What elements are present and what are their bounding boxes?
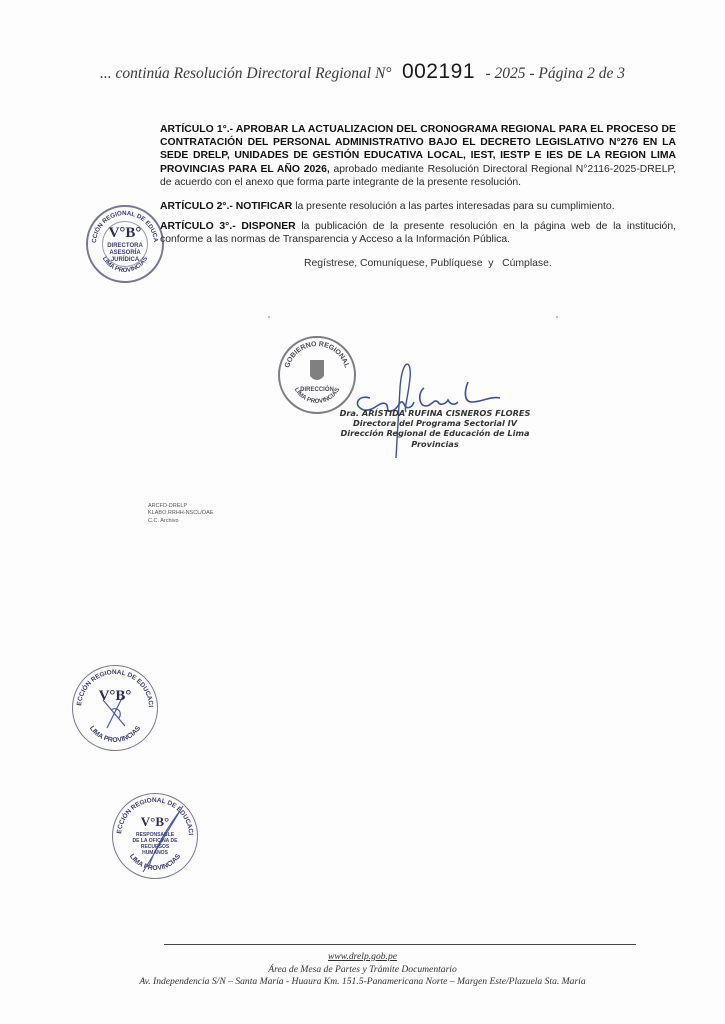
document-page: ... continúa Resolución Directoral Regio…: [0, 0, 725, 1024]
resolution-number: 002191: [402, 60, 475, 83]
footer-address: Av. Independencia S/N – Santa María - Hu…: [0, 976, 725, 989]
scan-dot: [556, 316, 558, 318]
page-footer: www.drelp.gob.pe Área de Mesa de Partes …: [0, 951, 725, 989]
article-3: ARTÍCULO 3°.- DISPONER la publicación de…: [160, 220, 676, 246]
signatory-office: Dirección Regional de Educación de Lima …: [330, 428, 540, 448]
header-page-info: - 2025 - Página 2 de 3: [485, 65, 624, 82]
reference-initials: ARCFD-DRELP KLABO.RRHH-NSCL/OAE C.C. Arc…: [148, 503, 213, 525]
article-3-bold: DISPONER: [236, 221, 296, 232]
article-1-label: ARTÍCULO 1°.-: [160, 124, 233, 135]
signatory-name: Dra. ARÍSTIDA RUFINA CISNEROS FLORES: [330, 408, 540, 418]
article-2-bold: NOTIFICAR: [233, 201, 292, 212]
vobo-stamp-legal: DIRECCIÓN REGIONAL DE EDUCACIÓN LIMA PRO…: [86, 205, 164, 283]
vobo-mark: V°B°: [73, 688, 157, 705]
header-prefix: ... continúa Resolución Directoral Regio…: [100, 65, 391, 82]
vobo-mark: V°B°: [113, 814, 197, 830]
svg-text:LIMA PROVINCIAS: LIMA PROVINCIAS: [88, 725, 143, 744]
stamp-role: DIRECTORAASESORÍAJURÍDICA: [88, 243, 162, 264]
stamp-ring-text: DIRECCIÓN REGIONAL DE EDUCACIÓN LIMA PRO…: [73, 666, 157, 750]
article-2: ARTÍCULO 2°.- NOTIFICAR la presente reso…: [160, 200, 676, 213]
signatory-title: Directora del Programa Sectorial IV: [330, 418, 540, 428]
article-3-label: ARTÍCULO 3°.-: [160, 221, 236, 232]
vobo-stamp-hr: DIRECCIÓN REGIONAL DE EDUCACIÓN LIMA PRO…: [112, 793, 198, 879]
footer-area: Área de Mesa de Partes y Trámite Documen…: [0, 964, 725, 977]
article-2-text: la presente resolución a las partes inte…: [292, 201, 614, 212]
signature-block: Dra. ARÍSTIDA RUFINA CISNEROS FLORES Dir…: [330, 408, 540, 449]
closing-formula: Regístrese, Comuníquese, Publíquese y Cú…: [304, 258, 552, 269]
article-1: ARTÍCULO 1°.- APROBAR LA ACTUALIZACION D…: [160, 123, 676, 189]
footer-website-link[interactable]: www.drelp.gob.pe: [0, 951, 725, 964]
stamp-role: RESPONSABLEDE LA OFICINA DERECURSOSHUMAN…: [113, 832, 197, 856]
page-header: ... continúa Resolución Directoral Regio…: [0, 60, 725, 84]
scan-dot: [268, 316, 270, 318]
article-2-label: ARTÍCULO 2°.-: [160, 201, 233, 212]
vobo-mark: V°B°: [88, 225, 162, 242]
footer-divider: [164, 944, 636, 945]
coat-of-arms-icon: [310, 360, 324, 380]
vobo-stamp-second: DIRECCIÓN REGIONAL DE EDUCACIÓN LIMA PRO…: [72, 665, 158, 751]
